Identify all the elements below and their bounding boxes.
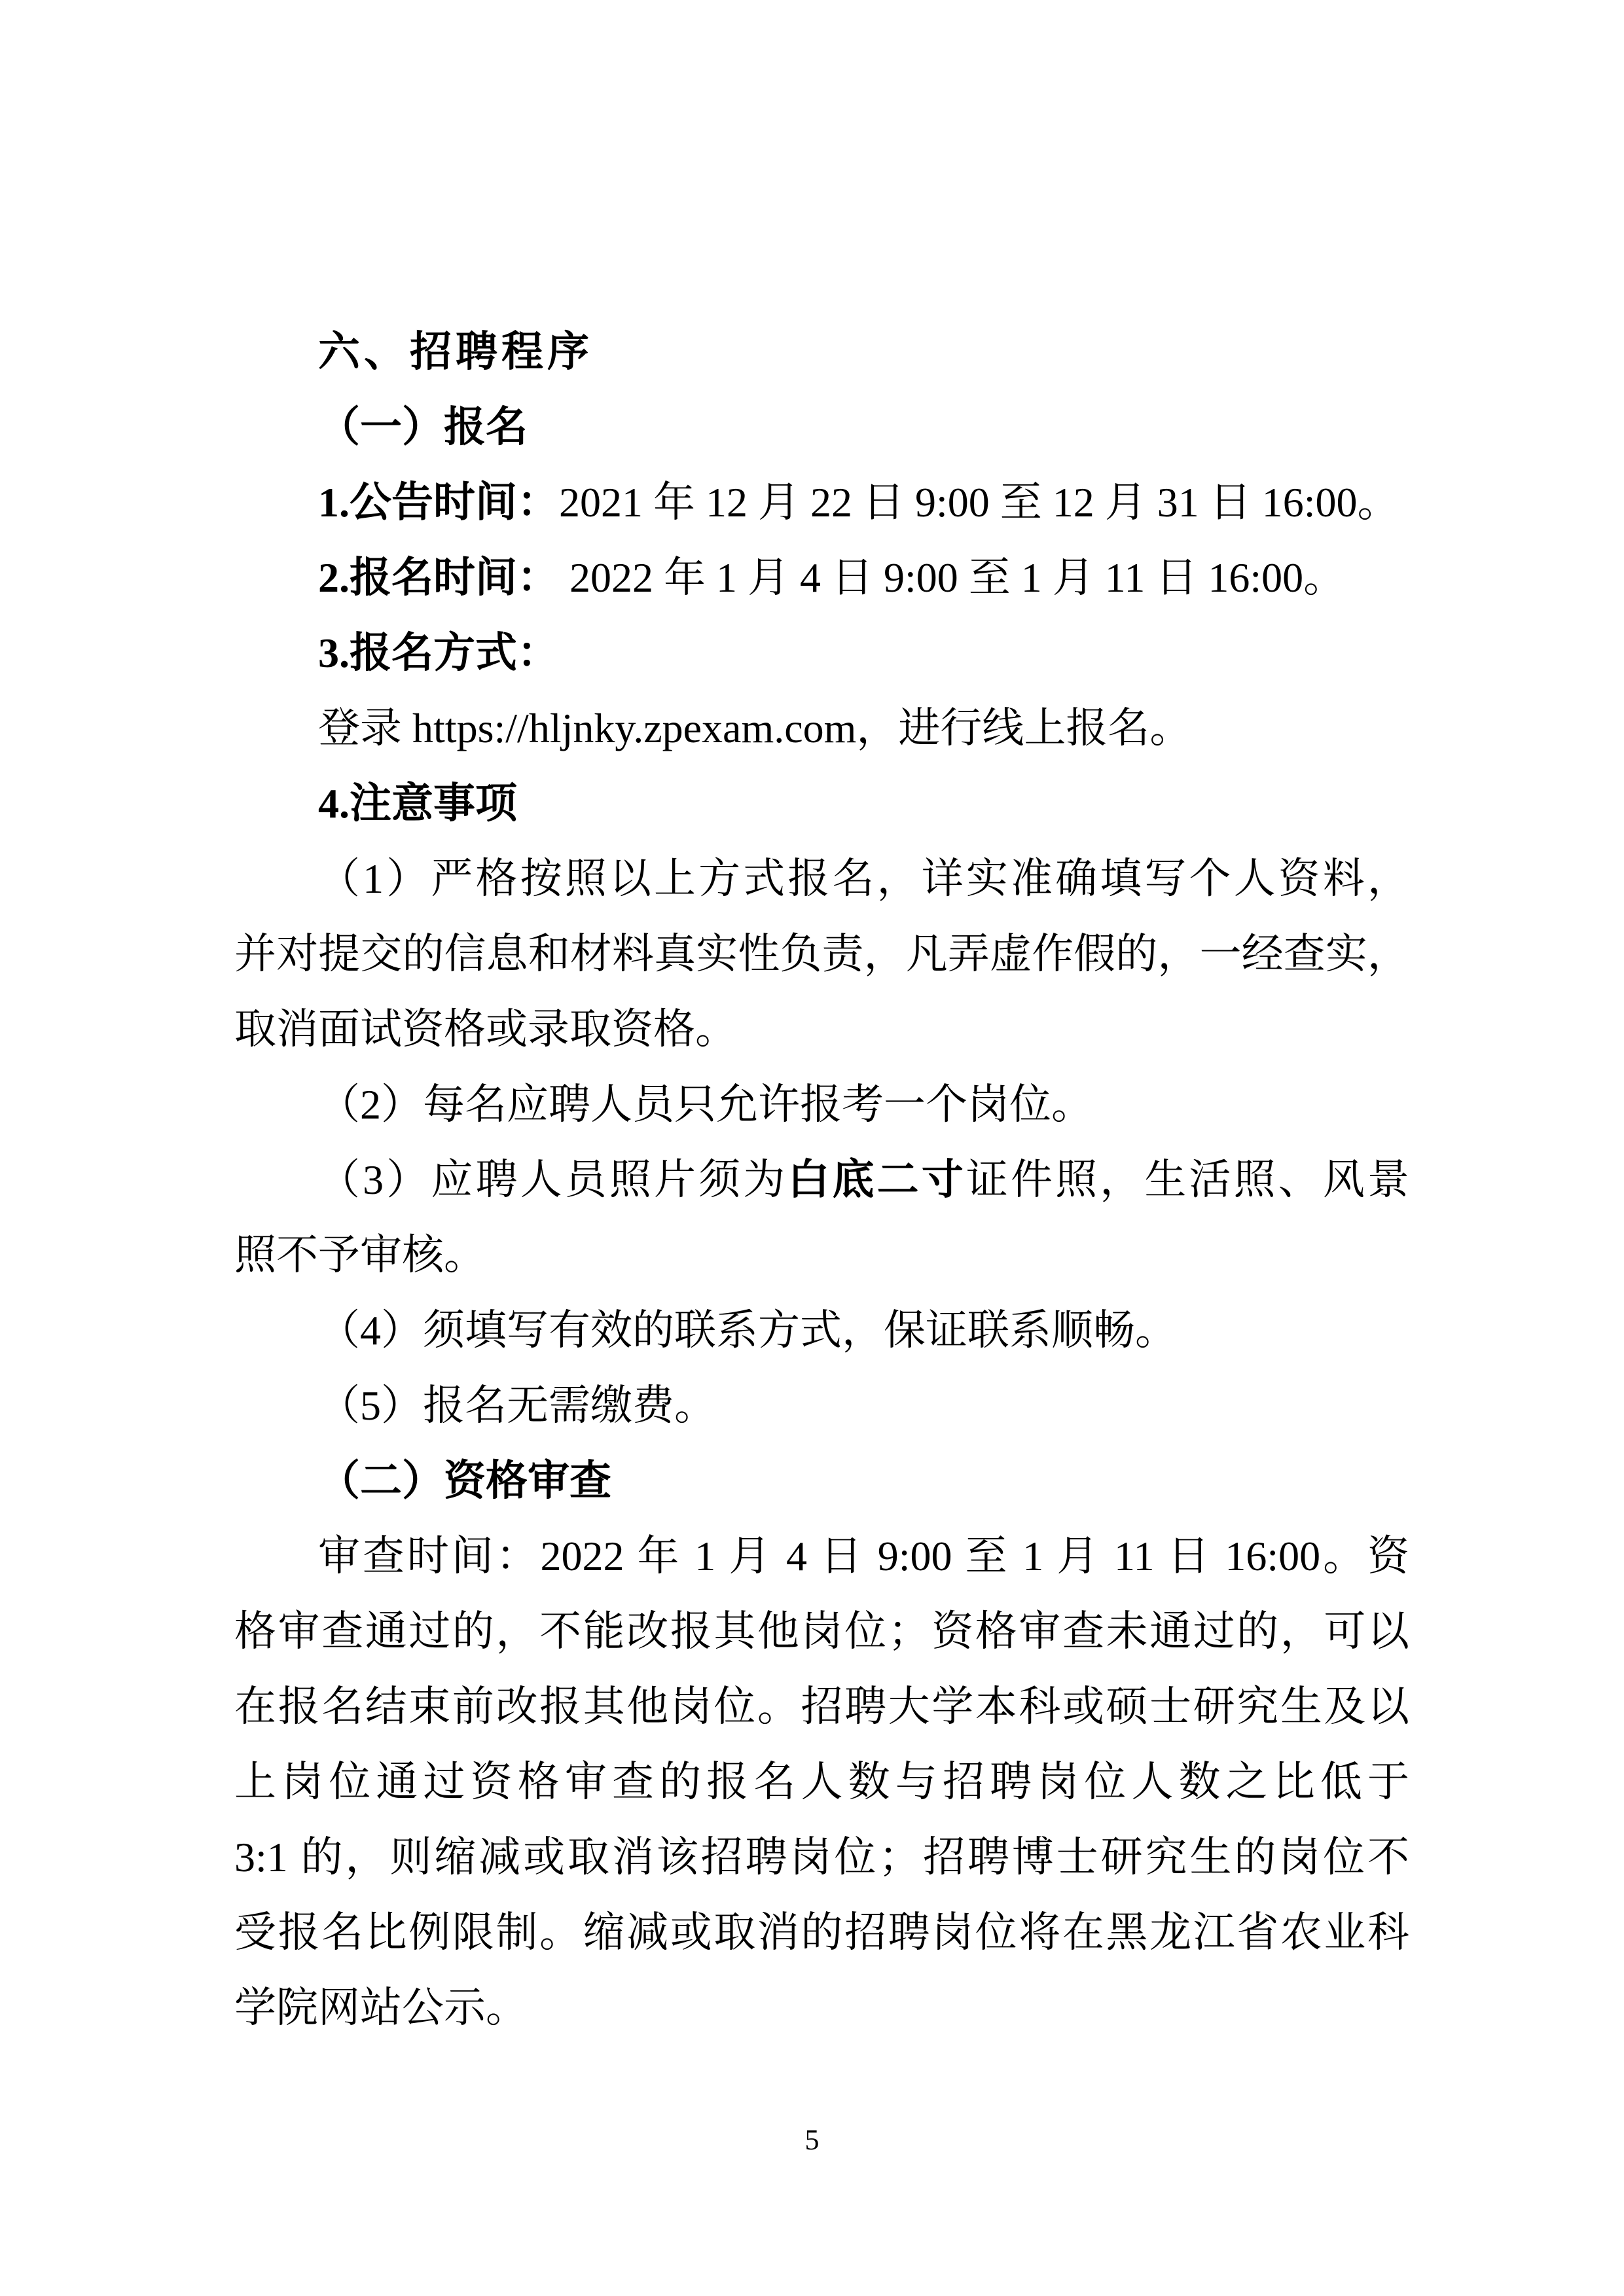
list-label: 2.报名时间： [318, 554, 559, 601]
text-segment: 审查时间：2022 年 1 月 4 日 9:00 至 1 月 11 日 16:0… [318, 1533, 1409, 1579]
document-page: 六、招聘程序（一）报名1.公告时间：2021 年 12 月 22 日 9:00 … [0, 0, 1624, 2296]
page-number: 5 [805, 2124, 820, 2156]
text-segment: （2）每名应聘人员只允许报考一个岗位。 [318, 1081, 1093, 1128]
text-line: 上岗位通过资格审查的报名人数与招聘岗位人数之比低于 [234, 1744, 1409, 1820]
text-line: （2）每名应聘人员只允许报考一个岗位。 [234, 1067, 1409, 1142]
list-label: 1.公告时间： [318, 479, 559, 526]
text-segment: 3:1 的，则缩减或取消该招聘岗位；招聘博士研究生的岗位不 [234, 1834, 1409, 1880]
list-label: 4.注意事项 [318, 780, 517, 827]
text-segment: 取消面试资格或录取资格。 [234, 1006, 737, 1052]
section-heading: 六、招聘程序 [234, 314, 1409, 389]
text-line: （4）须填写有效的联系方式，保证联系顺畅。 [234, 1293, 1409, 1368]
text-segment: 并对提交的信息和材料真实性负责，凡弄虚作假的，一经查实， [234, 931, 1409, 977]
text-segment: 学院网站公示。 [234, 1984, 528, 2031]
text-segment: ，进行线上报名。 [856, 705, 1191, 751]
page-footer: 5 [0, 2102, 1624, 2178]
text-segment: （3）应聘人员照片须为 [318, 1157, 787, 1203]
text-segment: 照不予审核。 [234, 1232, 486, 1278]
text-line: （5）报名无需缴费。 [234, 1368, 1409, 1443]
document-body: 六、招聘程序（一）报名1.公告时间：2021 年 12 月 22 日 9:00 … [234, 314, 1409, 2045]
text-line: 审查时间：2022 年 1 月 4 日 9:00 至 1 月 11 日 16:0… [234, 1518, 1409, 1594]
text-line: （3）应聘人员照片须为白底二寸证件照，生活照、风景 [234, 1142, 1409, 1217]
text-segment: 在报名结束前改报其他岗位。招聘大学本科或硕士研究生及以 [234, 1683, 1409, 1730]
text-line: 学院网站公示。 [234, 1970, 1409, 2045]
text-line: 取消面试资格或录取资格。 [234, 992, 1409, 1067]
emphasis-text: 白底二寸 [787, 1157, 966, 1203]
text-line: 照不予审核。 [234, 1217, 1409, 1293]
subsection-title: （二）资格审查 [318, 1458, 611, 1504]
url-text: https://hljnky.zpexam.com [412, 705, 856, 751]
text-line: 3.报名方式： [234, 615, 1409, 691]
text-segment: （1）严格按照以上方式报名，详实准确填写个人资料， [318, 855, 1409, 902]
text-segment: 2022 年 1 月 4 日 9:00 至 1 月 11 日 16:00。 [559, 554, 1345, 601]
subsection-title: （一）报名 [318, 404, 528, 450]
text-line: 4.注意事项 [234, 766, 1409, 841]
text-segment: 格审查通过的，不能改报其他岗位；资格审查未通过的，可以 [234, 1608, 1409, 1655]
text-line: 2.报名时间： 2022 年 1 月 4 日 9:00 至 1 月 11 日 1… [234, 540, 1409, 615]
subsection-heading: （一）报名 [234, 389, 1409, 465]
text-segment: 2021 年 12 月 22 日 9:00 至 12 月 31 日 16:00。 [559, 479, 1399, 526]
text-segment: （5）报名无需缴费。 [318, 1382, 716, 1429]
text-segment: 登录 [318, 705, 412, 751]
text-line: 在报名结束前改报其他岗位。招聘大学本科或硕士研究生及以 [234, 1669, 1409, 1744]
section-title: 六、招聘程序 [318, 328, 593, 375]
text-line: 受报名比例限制。缩减或取消的招聘岗位将在黑龙江省农业科 [234, 1895, 1409, 1970]
list-label: 3.报名方式： [318, 630, 559, 676]
text-segment: 受报名比例限制。缩减或取消的招聘岗位将在黑龙江省农业科 [234, 1909, 1409, 1956]
text-segment: 证件照，生活照、风景 [966, 1157, 1409, 1203]
text-line: （1）严格按照以上方式报名，详实准确填写个人资料， [234, 841, 1409, 916]
text-line: 格审查通过的，不能改报其他岗位；资格审查未通过的，可以 [234, 1594, 1409, 1669]
subsection-heading: （二）资格审查 [234, 1443, 1409, 1518]
text-line: 并对提交的信息和材料真实性负责，凡弄虚作假的，一经查实， [234, 916, 1409, 992]
text-line: 3:1 的，则缩减或取消该招聘岗位；招聘博士研究生的岗位不 [234, 1820, 1409, 1895]
text-line: 1.公告时间：2021 年 12 月 22 日 9:00 至 12 月 31 日… [234, 465, 1409, 540]
text-segment: 上岗位通过资格审查的报名人数与招聘岗位人数之比低于 [234, 1759, 1409, 1805]
text-line: 登录 https://hljnky.zpexam.com，进行线上报名。 [234, 691, 1409, 766]
text-segment: （4）须填写有效的联系方式，保证联系顺畅。 [318, 1307, 1177, 1354]
